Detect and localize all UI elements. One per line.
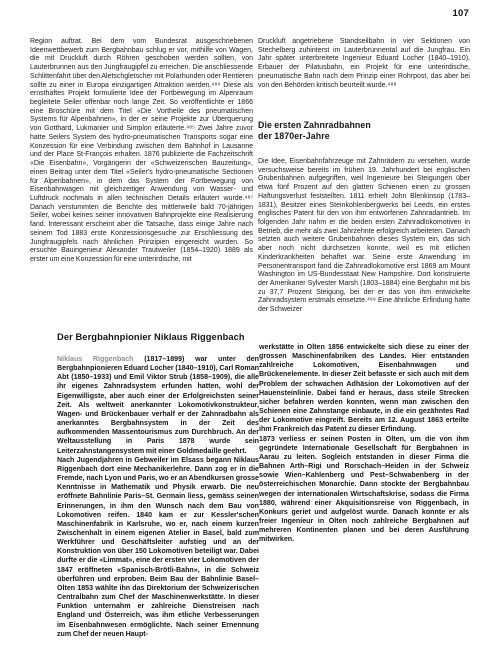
upper-right-column: Druckluft angetriebene Standseilbahn in … <box>258 38 470 315</box>
lower-right-paragraph-2: 1873 verliess er seinen Posten in Olten,… <box>259 435 469 545</box>
lower-left-paragraph-2: Nach Jugendjahren in Gebweiler im Elsass… <box>57 456 259 639</box>
upper-left-column: Region auftrat. Bei dem vom Bundesrat au… <box>30 38 253 265</box>
upper-left-paragraph: Region auftrat. Bei dem vom Bundesrat au… <box>30 38 253 265</box>
page-number: 107 <box>453 8 469 19</box>
lower-right-paragraph-1: werkstätte in Olten 1856 entwickelte sic… <box>259 343 469 435</box>
upper-right-paragraph-2: Die Idee, Eisenbahnfahrzeuge mit Zahnräd… <box>258 158 470 315</box>
lead-name-riggenbach: Niklaus Riggenbach <box>57 355 134 363</box>
section-heading-line-2: der 1870er-Jahre <box>258 131 470 142</box>
lower-right-column: werkstätte in Olten 1856 entwickelte sic… <box>259 343 469 544</box>
section-heading-zahnradbahnen: Die ersten Zahnradbahnen der 1870er-Jahr… <box>258 120 470 142</box>
upper-right-paragraph-1: Druckluft angetriebene Standseilbahn in … <box>258 38 470 90</box>
lower-left-paragraph-1-text: (1817–1899) war unter den Bergbahnpionie… <box>57 355 259 455</box>
section-heading-line-1: Die ersten Zahnradbahnen <box>258 120 470 131</box>
lower-left-paragraph-1: Niklaus Riggenbach (1817–1899) war unter… <box>57 355 259 456</box>
section-heading-riggenbach: Der Bergbahnpionier Niklaus Riggenbach <box>57 332 245 342</box>
book-page: 107 Region auftrat. Bei dem vom Bundesra… <box>0 0 500 652</box>
lower-left-column: Niklaus Riggenbach (1817–1899) war unter… <box>57 355 259 639</box>
